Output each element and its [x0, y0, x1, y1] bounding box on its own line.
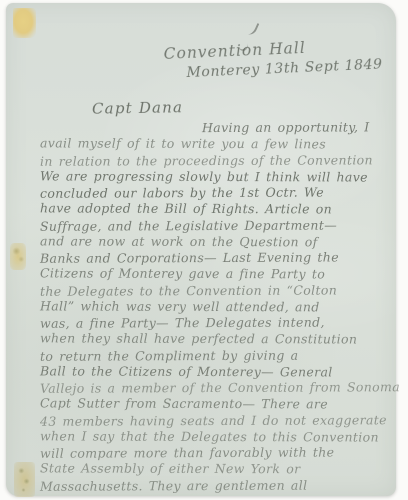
body-line: Ball to the Citizens of Monterey— Genera… [40, 363, 400, 381]
body-line: 43 members having seats and I do not exa… [40, 412, 400, 430]
body-line: in relation to the proceedings of the Co… [40, 152, 400, 170]
body-line: Suffrage, and the Legislative Department… [40, 217, 400, 235]
body-line: Having an opportunity, I [40, 119, 400, 137]
letter-paper: Convention Hall Monterey 13th Sept 1849 … [6, 3, 396, 496]
body-line: have adopted the Bill of Rights. Article… [40, 201, 400, 219]
body-line: avail myself of it to write you a few li… [40, 136, 400, 154]
body-line: the Delegates to the Convention in “Colt… [40, 282, 400, 300]
salutation: Capt Dana [92, 98, 184, 118]
letter-heading: Convention Hall Monterey 13th Sept 1849 [163, 34, 395, 84]
body-line: Banks and Corporations— Last Evening the [40, 249, 400, 267]
body-line: Massachusetts. They are gentlemen all [40, 477, 400, 495]
body-line: Hall” which was very well attended, and [40, 298, 400, 316]
body-line: when they shall have perfected a Constit… [40, 331, 400, 349]
body-line: was, a fine Party— The Delegates intend, [40, 314, 400, 332]
body-line: Vallejo is a member of the Convention fr… [40, 379, 400, 397]
stain-mid-left [10, 243, 26, 270]
stray-ink-mark [244, 19, 260, 36]
body-line: when I say that the Delegates to this Co… [40, 428, 400, 446]
body-line: We are progressing slowly but I think wi… [40, 168, 400, 186]
body-line: will compare more than favorably with th… [40, 444, 400, 462]
body-line: State Assembly of either New York or [40, 461, 400, 479]
body-line: and are now at work on the Question of [40, 233, 400, 251]
letter-body: Having an opportunity, I avail myself of… [40, 120, 400, 494]
body-line: to return the Compliment by giving a [40, 347, 400, 365]
body-line: Citizens of Monterey gave a fine Party t… [40, 266, 400, 284]
body-line: concluded our labors by the 1st Octr. We [40, 184, 400, 202]
body-line: Capt Sutter from Sacramento— There are [40, 396, 400, 414]
tape-stain-top-left [13, 8, 36, 38]
stain-bottom-left [14, 462, 35, 497]
scanned-letter: Convention Hall Monterey 13th Sept 1849 … [0, 0, 408, 500]
